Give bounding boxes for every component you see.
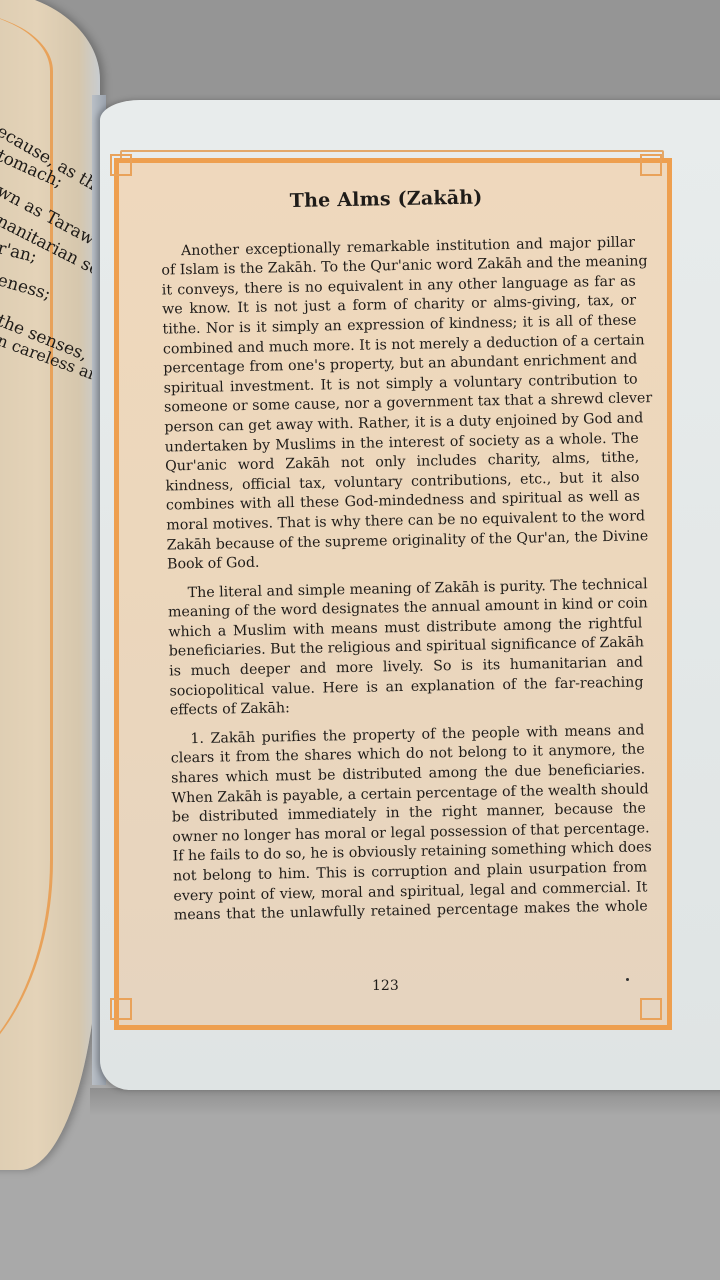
page-content: The Alms (Zakāh) Another exceptionally r…	[138, 185, 648, 935]
paragraph-3: 1. Zakāh purifies the property of the pe…	[148, 721, 648, 926]
page-number: 123	[372, 978, 399, 994]
frame-corner-ornament	[640, 998, 662, 1020]
frame-corner-ornament	[110, 154, 132, 176]
frame-corner-ornament	[110, 998, 132, 1020]
paper-speck	[626, 978, 629, 981]
paragraph-1: Another exceptionally remarkable institu…	[139, 233, 641, 576]
background-top	[0, 0, 720, 110]
page-shadow	[90, 1088, 720, 1116]
frame-corner-ornament	[640, 154, 662, 176]
paragraph-2: The literal and simple meaning of Zakāh …	[145, 575, 644, 722]
